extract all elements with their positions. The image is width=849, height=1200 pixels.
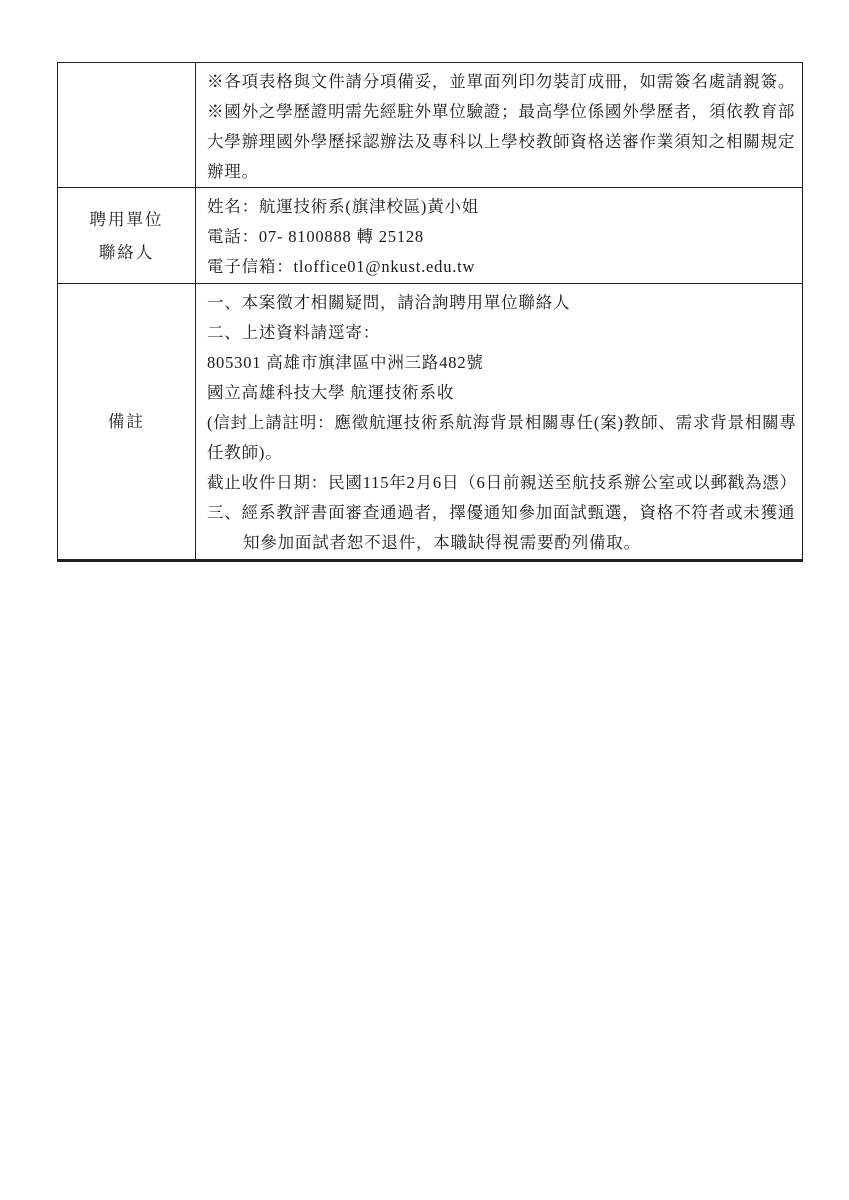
row-header-text: 聘用單位 [90,203,164,236]
row-header-text: 備註 [108,405,145,438]
table-row: 備註一、本案徵才相關疑問，請洽詢聘用單位聯絡人二、上述資料請逕寄：805301 … [58,283,802,559]
row-header-cell: 備註 [58,284,196,559]
content-line: 任教師)。 [207,438,797,468]
content-line: 辦理。 [207,157,796,187]
content-line: 電話：07- 8100888 轉 25128 [207,222,796,252]
recruitment-table: ※各項表格與文件請分項備妥，並單面列印勿裝訂成冊，如需簽名處請親簽。※國外之學歷… [57,62,803,562]
content-line: 知參加面試者恕不退件，本職缺得視需要酌列備取。 [207,528,797,558]
row-content-cell: ※各項表格與文件請分項備妥，並單面列印勿裝訂成冊，如需簽名處請親簽。※國外之學歷… [196,63,802,187]
content-line: 大學辦理國外學歷採認辦法及專科以上學校教師資格送審作業須知之相關規定 [207,127,796,157]
row-header-text: 聯絡人 [99,236,155,269]
content-line: 姓名：航運技術系(旗津校區)黃小姐 [207,192,796,222]
content-line: 三、經系教評書面審查通過者，擇優通知參加面試甄選，資格不符者或未獲通 [207,498,797,528]
content-line: (信封上請註明：應徵航運技術系航海背景相關專任(案)教師、需求背景相關專 [207,408,797,438]
content-line: 一、本案徵才相關疑問，請洽詢聘用單位聯絡人 [207,288,797,318]
content-line: 二、上述資料請逕寄： [207,318,797,348]
table-row: ※各項表格與文件請分項備妥，並單面列印勿裝訂成冊，如需簽名處請親簽。※國外之學歷… [58,63,802,187]
content-line: 國立高雄科技大學 航運技術系收 [207,378,797,408]
row-content-cell: 姓名：航運技術系(旗津校區)黃小姐電話：07- 8100888 轉 25128電… [196,188,802,283]
content-line: 電子信箱：tloffice01@nkust.edu.tw [207,252,796,282]
content-line: 截止收件日期：民國115年2月6日（6日前親送至航技系辦公室或以郵戳為憑） [207,468,797,498]
content-line: ※國外之學歷證明需先經駐外單位驗證；最高學位係國外學歷者，須依教育部 [207,97,796,127]
table-row: 聘用單位聯絡人姓名：航運技術系(旗津校區)黃小姐電話：07- 8100888 轉… [58,187,802,283]
row-content-cell: 一、本案徵才相關疑問，請洽詢聘用單位聯絡人二、上述資料請逕寄：805301 高雄… [196,284,803,559]
row-header-cell: 聘用單位聯絡人 [58,188,196,283]
row-header-cell [58,63,196,187]
document-page: ※各項表格與文件請分項備妥，並單面列印勿裝訂成冊，如需簽名處請親簽。※國外之學歷… [0,0,849,1200]
content-line: 805301 高雄市旗津區中洲三路482號 [207,348,797,378]
content-line: ※各項表格與文件請分項備妥，並單面列印勿裝訂成冊，如需簽名處請親簽。 [207,67,796,97]
